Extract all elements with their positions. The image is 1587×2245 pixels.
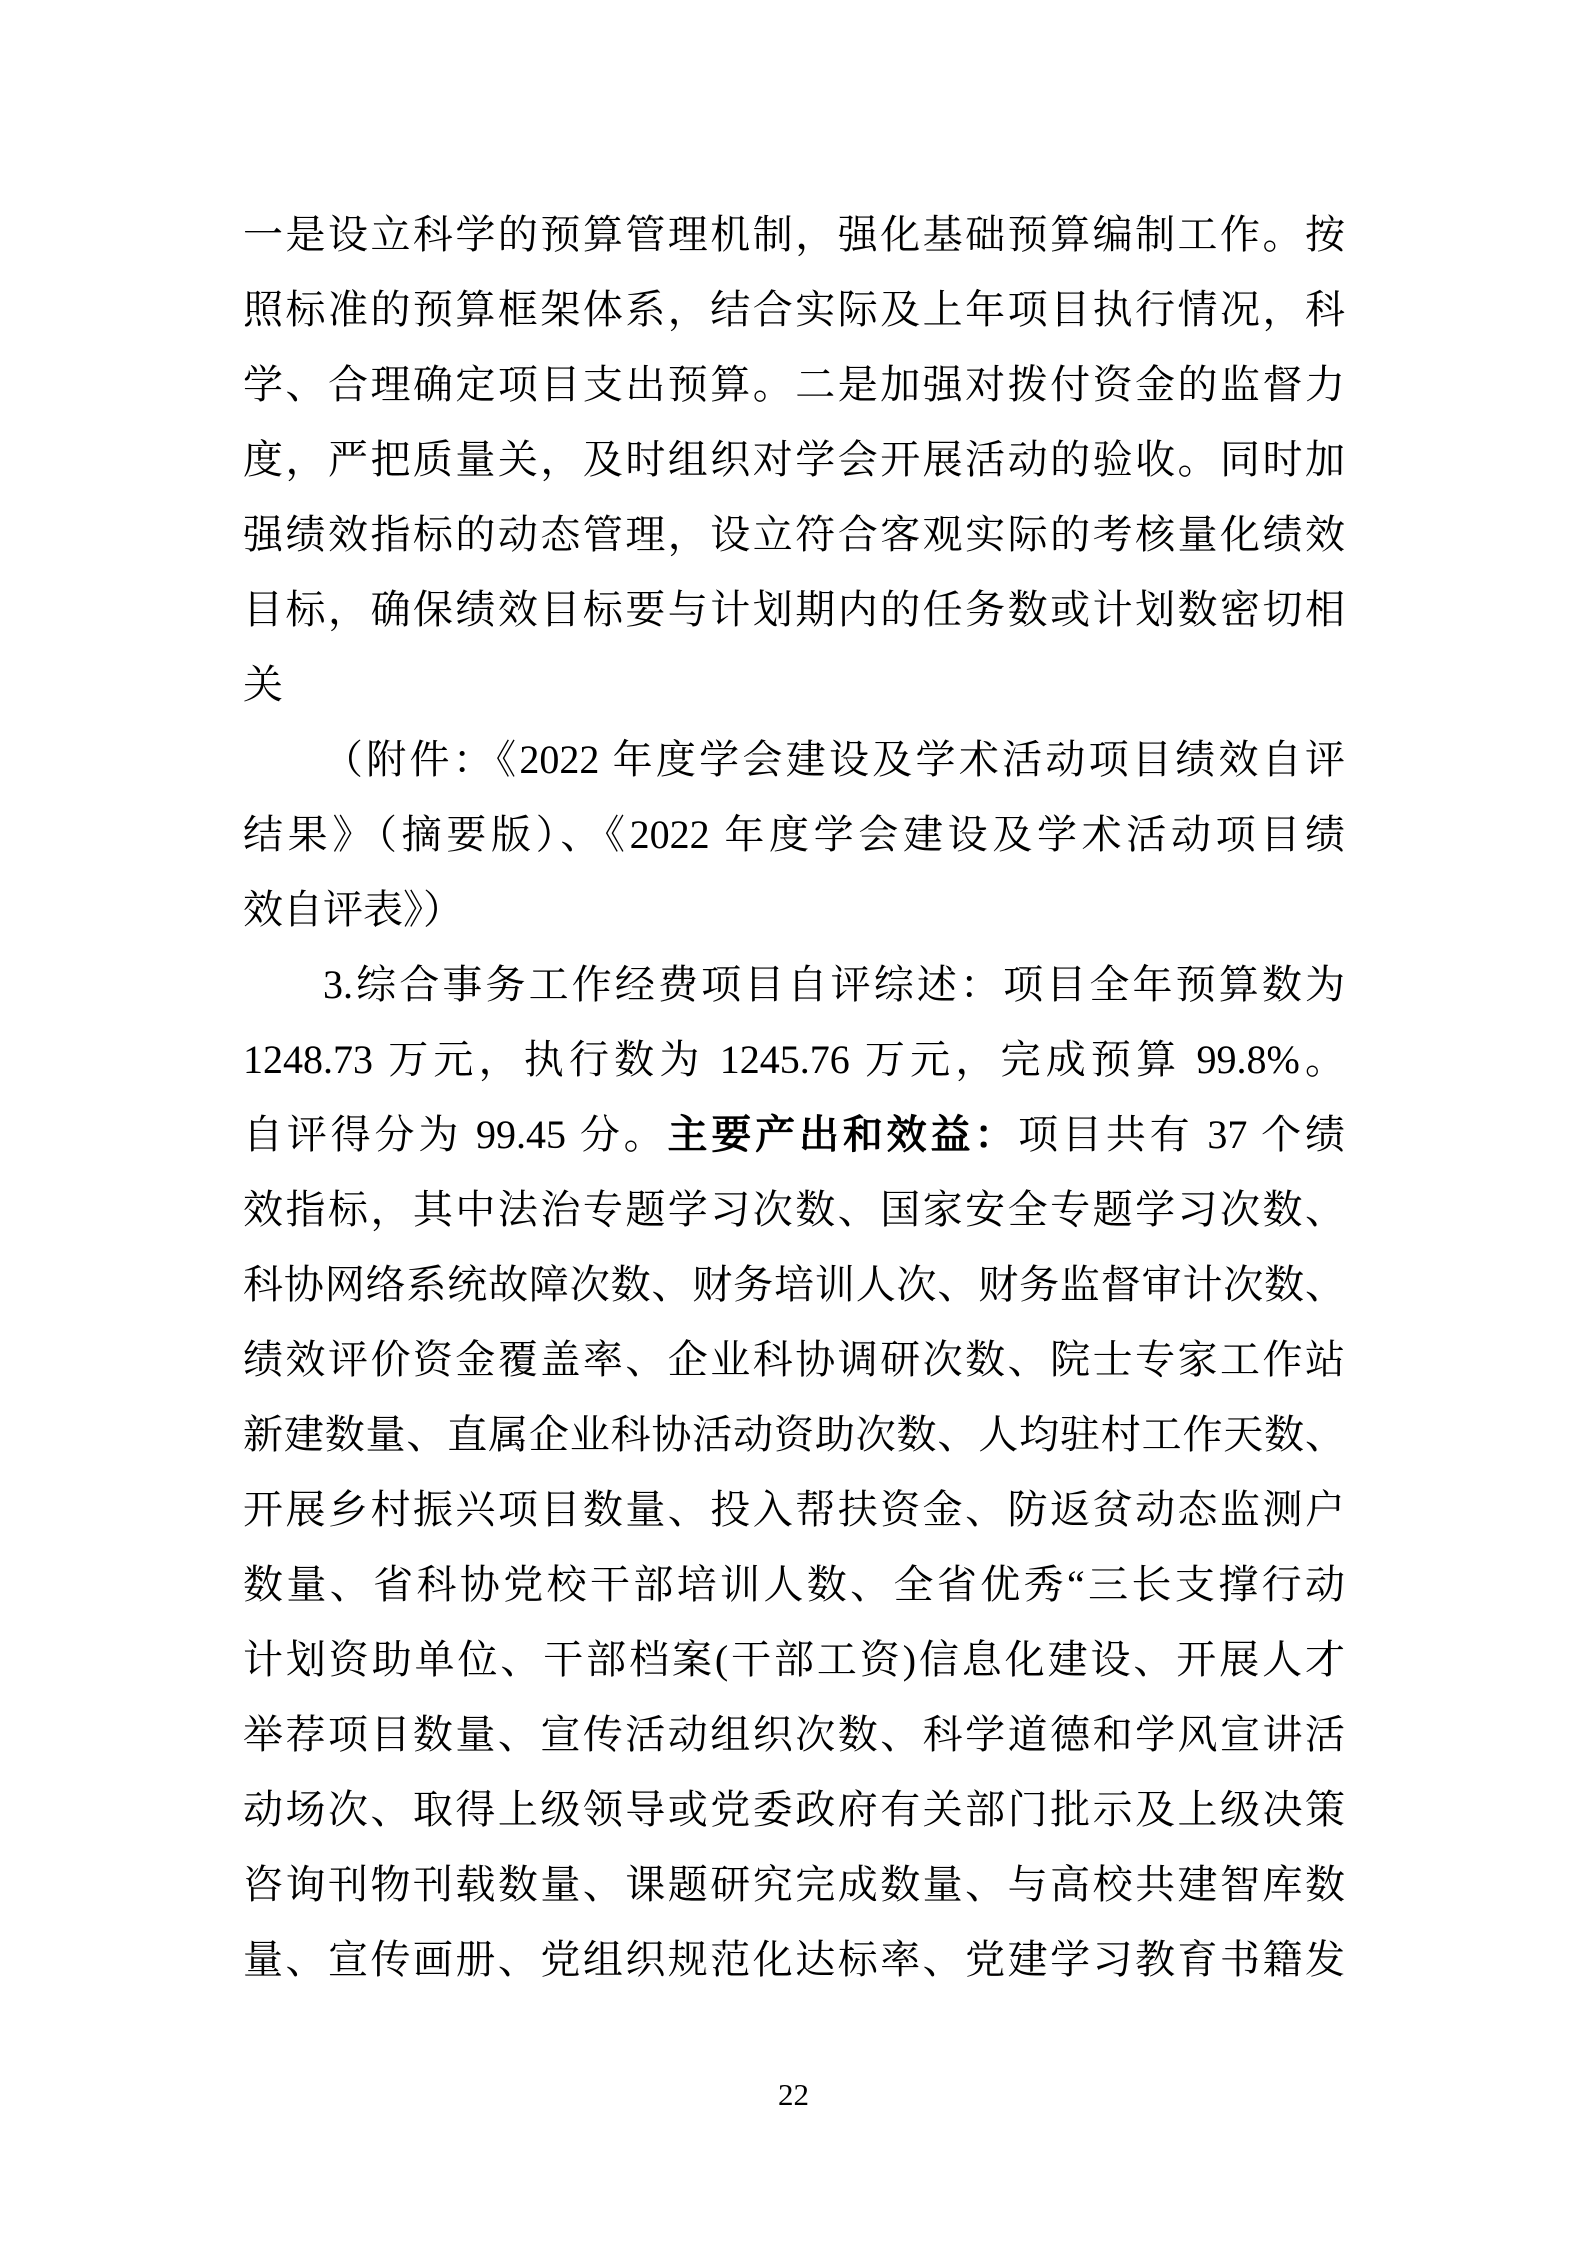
bold-emphasis: 主要产出和效益：: [668, 1113, 1019, 1157]
text-segment: 效自评表》）: [243, 887, 463, 932]
text-segment: 1248.73 万元，执行数为 1245.76 万元，完成预算 99.8%。: [243, 1037, 1345, 1082]
text-segment: 举荐项目数量、宣传活动组织次数、科学道德和学风宣讲活: [243, 1712, 1345, 1757]
text-segment: 项目共有 37 个绩: [1018, 1112, 1345, 1157]
text-segment: 动场次、取得上级领导或党委政府有关部门批示及上级决策: [243, 1787, 1345, 1832]
text-line: 数量、省科协党校干部培训人数、全省优秀“三长支撑行动: [243, 1547, 1345, 1622]
text-line: 自评得分为 99.45 分。主要产出和效益：项目共有 37 个绩: [243, 1097, 1345, 1172]
text-line: 结果》（摘要版）、《2022 年度学会建设及学术活动项目绩: [243, 797, 1345, 872]
text-line: 开展乡村振兴项目数量、投入帮扶资金、防返贫动态监测户: [243, 1472, 1345, 1547]
text-segment: 照标准的预算框架体系，结合实际及上年项目执行情况，科: [243, 287, 1345, 332]
text-segment: 结果》（摘要版）、《2022 年度学会建设及学术活动项目绩: [243, 812, 1345, 857]
text-line: 量、宣传画册、党组织规范化达标率、党建学习教育书籍发: [243, 1922, 1345, 1997]
text-line: 学、合理确定项目支出预算。二是加强对拨付资金的监督力: [243, 347, 1345, 422]
text-line: （附件：《2022 年度学会建设及学术活动项目绩效自评: [243, 722, 1345, 797]
text-segment: 计划资助单位、干部档案(干部工资)信息化建设、开展人才: [243, 1637, 1345, 1682]
text-segment: 量、宣传画册、党组织规范化达标率、党建学习教育书籍发: [243, 1937, 1345, 1982]
text-segment: 数量、省科协党校干部培训人数、全省优秀“三长支撑行动: [243, 1562, 1345, 1607]
page-number: 22: [0, 2078, 1587, 2112]
body-text: 一是设立科学的预算管理机制，强化基础预算编制工作。按照标准的预算框架体系，结合实…: [243, 197, 1345, 1997]
text-segment: 科协网络系统故障次数、财务培训人次、财务监督审计次数、: [243, 1262, 1345, 1307]
text-segment: 效指标，其中法治专题学习次数、国家安全专题学习次数、: [243, 1187, 1345, 1232]
text-segment: 开展乡村振兴项目数量、投入帮扶资金、防返贫动态监测户: [243, 1487, 1345, 1532]
text-line: 新建数量、直属企业科协活动资助次数、人均驻村工作天数、: [243, 1397, 1345, 1472]
document-page: 一是设立科学的预算管理机制，强化基础预算编制工作。按照标准的预算框架体系，结合实…: [0, 0, 1587, 2245]
text-line: 度，严把质量关，及时组织对学会开展活动的验收。同时加: [243, 422, 1345, 497]
text-line: 强绩效指标的动态管理，设立符合客观实际的考核量化绩效: [243, 497, 1345, 572]
text-line: 关: [243, 647, 1345, 722]
text-segment: 咨询刊物刊载数量、课题研究完成数量、与高校共建智库数: [243, 1862, 1345, 1907]
text-line: 科协网络系统故障次数、财务培训人次、财务监督审计次数、: [243, 1247, 1345, 1322]
text-line: 目标，确保绩效目标要与计划期内的任务数或计划数密切相: [243, 572, 1345, 647]
text-segment: 强绩效指标的动态管理，设立符合客观实际的考核量化绩效: [243, 512, 1345, 557]
text-line: 绩效评价资金覆盖率、企业科协调研次数、院士专家工作站: [243, 1322, 1345, 1397]
text-line: 一是设立科学的预算管理机制，强化基础预算编制工作。按: [243, 197, 1345, 272]
text-segment: 新建数量、直属企业科协活动资助次数、人均驻村工作天数、: [243, 1412, 1345, 1457]
text-line: 照标准的预算框架体系，结合实际及上年项目执行情况，科: [243, 272, 1345, 347]
text-segment: 一是设立科学的预算管理机制，强化基础预算编制工作。按: [243, 212, 1345, 257]
text-segment: 度，严把质量关，及时组织对学会开展活动的验收。同时加: [243, 437, 1345, 482]
text-segment: 目标，确保绩效目标要与计划期内的任务数或计划数密切相: [243, 587, 1345, 632]
text-segment: 关: [243, 662, 283, 707]
text-segment: （附件：《2022 年度学会建设及学术活动项目绩效自评: [323, 737, 1345, 782]
text-segment: 3.综合事务工作经费项目自评综述：项目全年预算数为: [323, 962, 1345, 1007]
text-line: 效自评表》）: [243, 872, 1345, 947]
text-line: 咨询刊物刊载数量、课题研究完成数量、与高校共建智库数: [243, 1847, 1345, 1922]
text-segment: 学、合理确定项目支出预算。二是加强对拨付资金的监督力: [243, 362, 1345, 407]
text-segment: 自评得分为 99.45 分。: [243, 1112, 668, 1157]
text-line: 动场次、取得上级领导或党委政府有关部门批示及上级决策: [243, 1772, 1345, 1847]
text-line: 1248.73 万元，执行数为 1245.76 万元，完成预算 99.8%。: [243, 1022, 1345, 1097]
text-line: 计划资助单位、干部档案(干部工资)信息化建设、开展人才: [243, 1622, 1345, 1697]
text-segment: 绩效评价资金覆盖率、企业科协调研次数、院士专家工作站: [243, 1337, 1345, 1382]
text-line: 效指标，其中法治专题学习次数、国家安全专题学习次数、: [243, 1172, 1345, 1247]
text-line: 举荐项目数量、宣传活动组织次数、科学道德和学风宣讲活: [243, 1697, 1345, 1772]
text-line: 3.综合事务工作经费项目自评综述：项目全年预算数为: [243, 947, 1345, 1022]
